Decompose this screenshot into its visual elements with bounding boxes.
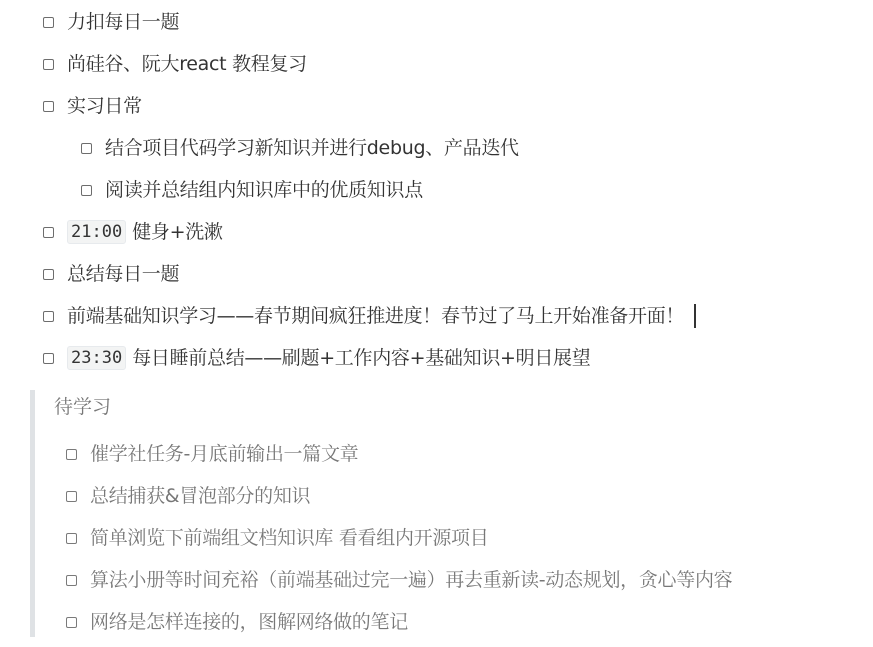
task-item: 实习日常 <box>43 91 142 121</box>
task-item: 前端基础知识学习——春节期间疯狂推进度！春节过了马上开始准备开面！ <box>43 301 696 331</box>
task-checkbox[interactable] <box>43 59 54 70</box>
task-checkbox[interactable] <box>66 533 77 544</box>
task-item: 23:30 每日睡前总结——刷题+工作内容+基础知识+明日展望 <box>43 343 590 373</box>
task-label[interactable]: 前端基础知识学习——春节期间疯狂推进度！春节过了马上开始准备开面！ <box>67 301 684 331</box>
task-label[interactable]: 总结每日一题 <box>67 259 179 289</box>
task-label[interactable]: 简单浏览下前端组文档知识库 看看组内开源项目 <box>90 523 488 553</box>
task-item: 尚硅谷、阮大react 教程复习 <box>43 49 307 79</box>
task-checkbox[interactable] <box>66 575 77 586</box>
blockquote-title: 待学习 <box>54 392 111 422</box>
task-label[interactable]: 实习日常 <box>67 91 142 121</box>
task-checkbox[interactable] <box>66 617 77 628</box>
task-label[interactable]: 催学社任务-月底前输出一篇文章 <box>90 439 358 469</box>
task-checkbox[interactable] <box>81 143 92 154</box>
task-label[interactable]: 每日睡前总结——刷题+工作内容+基础知识+明日展望 <box>132 343 590 373</box>
task-item: 算法小册等时间充裕（前端基础过完一遍）再去重新读-动态规划，贪心等内容 <box>66 565 732 595</box>
task-checkbox[interactable] <box>43 101 54 112</box>
task-checkbox[interactable] <box>43 311 54 322</box>
subtask-item: 结合项目代码学习新知识并进行debug、产品迭代 <box>81 133 519 163</box>
task-label[interactable]: 健身+洗漱 <box>132 217 222 247</box>
task-item: 力扣每日一题 <box>43 7 179 37</box>
task-label[interactable]: 结合项目代码学习新知识并进行debug、产品迭代 <box>105 133 519 163</box>
task-checkbox[interactable] <box>43 353 54 364</box>
time-code-chip: 23:30 <box>67 346 126 370</box>
task-item: 简单浏览下前端组文档知识库 看看组内开源项目 <box>66 523 488 553</box>
task-item: 总结捕获&冒泡部分的知识 <box>66 481 310 511</box>
blockquote-to-learn: 待学习 催学社任务-月底前输出一篇文章 总结捕获&冒泡部分的知识 简单浏览下前端… <box>30 390 850 637</box>
task-label[interactable]: 力扣每日一题 <box>67 7 179 37</box>
task-checkbox[interactable] <box>43 269 54 280</box>
task-item: 网络是怎样连接的，图解网络做的笔记 <box>66 607 408 637</box>
subtask-item: 阅读并总结组内知识库中的优质知识点 <box>81 175 423 205</box>
task-checkbox[interactable] <box>66 491 77 502</box>
task-label[interactable]: 尚硅谷、阮大react 教程复习 <box>67 49 307 79</box>
text-cursor <box>694 304 696 328</box>
task-item: 催学社任务-月底前输出一篇文章 <box>66 439 358 469</box>
task-label[interactable]: 总结捕获&冒泡部分的知识 <box>90 481 310 511</box>
task-label[interactable]: 算法小册等时间充裕（前端基础过完一遍）再去重新读-动态规划，贪心等内容 <box>90 565 732 595</box>
task-label[interactable]: 网络是怎样连接的，图解网络做的笔记 <box>90 607 408 637</box>
task-checkbox[interactable] <box>43 227 54 238</box>
task-checkbox[interactable] <box>81 185 92 196</box>
time-code-chip: 21:00 <box>67 220 126 244</box>
task-item: 21:00 健身+洗漱 <box>43 217 223 247</box>
task-checkbox[interactable] <box>43 17 54 28</box>
task-label[interactable]: 阅读并总结组内知识库中的优质知识点 <box>105 175 423 205</box>
task-checkbox[interactable] <box>66 449 77 460</box>
task-item: 总结每日一题 <box>43 259 179 289</box>
